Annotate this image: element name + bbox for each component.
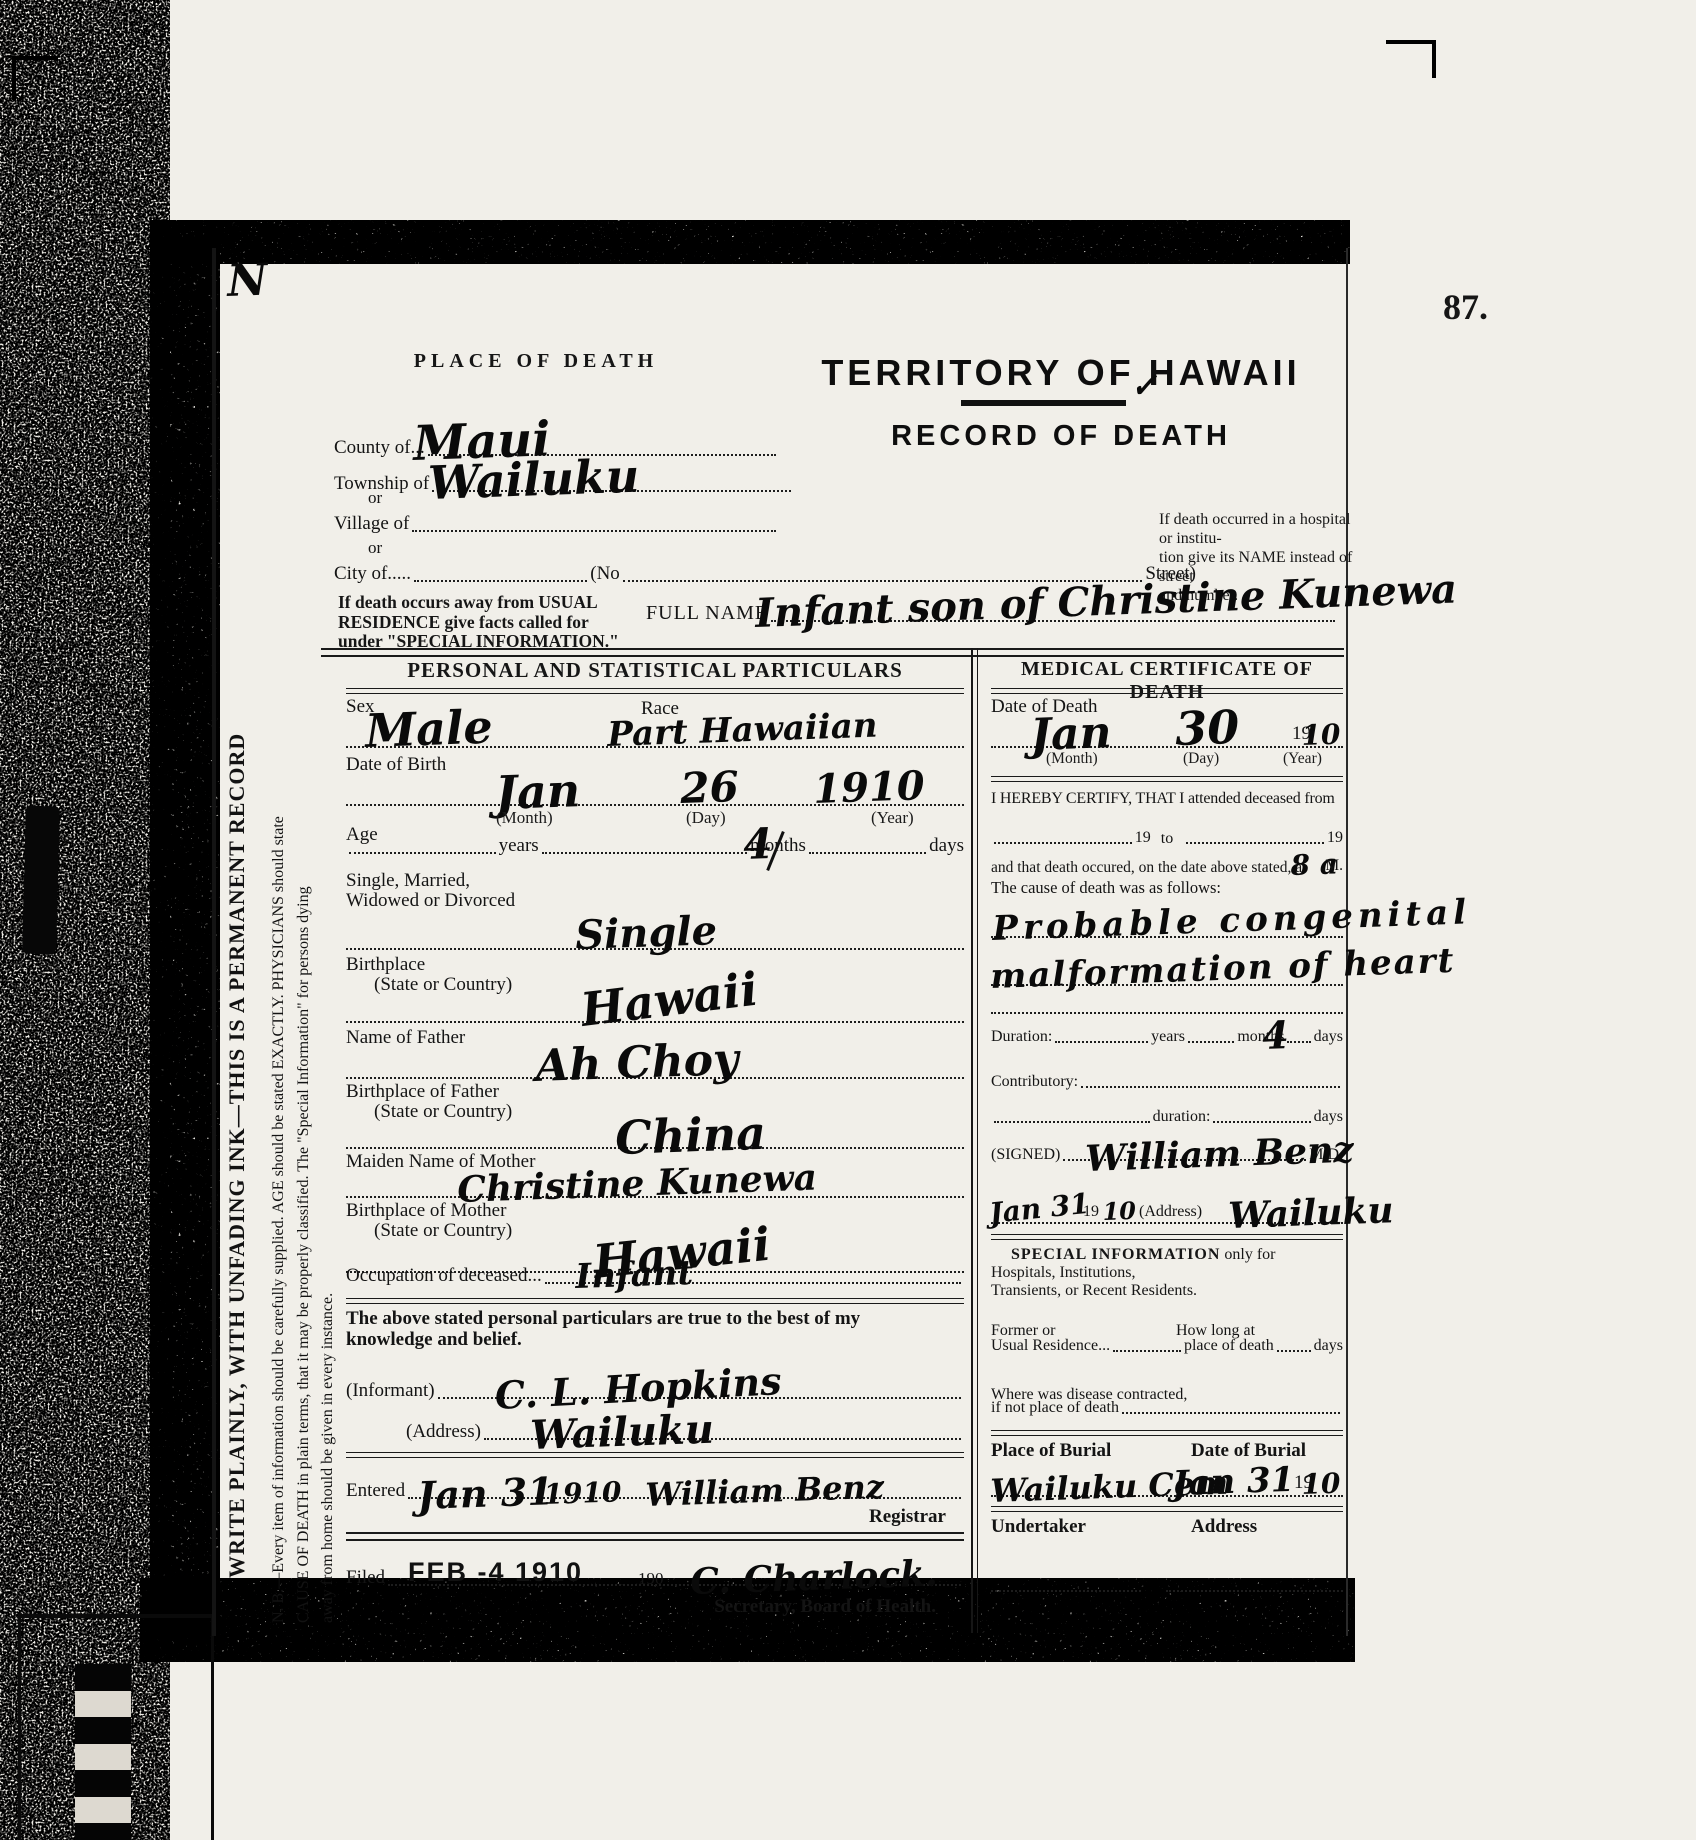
where-contracted-line2: if not place of death	[991, 1399, 1119, 1417]
attended-from-to-field: 19 to 19	[991, 826, 1343, 848]
secretary-label: Secretary, Board of Health.	[346, 1596, 936, 1618]
entered-field: Entered Jan 31 1910 William Benz	[346, 1458, 964, 1503]
mother-birthplace-sublabel: (State or Country)	[374, 1220, 512, 1242]
sex-value-handwritten: Male	[364, 704, 493, 754]
from-dotted	[994, 842, 1132, 844]
column-divider	[971, 648, 978, 1633]
race-value-handwritten: Part Hawaiian	[607, 709, 878, 752]
occurred-text: and that death occured, on the date abov…	[991, 859, 1306, 877]
burial-year-handwritten: 10	[1301, 1470, 1341, 1499]
attestation-line1: The above stated personal particulars ar…	[346, 1308, 860, 1330]
duration-dotted-3	[1287, 1041, 1310, 1043]
handwritten-check-mark-n: N	[226, 259, 268, 304]
occupation-value-handwritten: Infant	[575, 1256, 694, 1294]
where-contracted-field: if not place of death	[991, 1396, 1343, 1418]
age-years-word: years	[499, 835, 539, 857]
cause-empty-dotted	[991, 988, 1343, 1014]
marital-label-line1: Single, Married,	[346, 870, 470, 892]
burial-values-field: Wailuku Cem Jan 31 19 10	[991, 1448, 1343, 1497]
age-dotted-2	[542, 852, 747, 854]
to-word: to	[1161, 830, 1173, 848]
day-sublabel: (Day)	[686, 808, 726, 828]
city-dotted-line-1	[414, 580, 587, 582]
signed-field: (SIGNED) M.D. William Benz	[991, 1115, 1343, 1165]
usual-note-line1: If death occurs away from USUAL	[338, 593, 658, 613]
father-name-field: Name of Father Ah Choy	[346, 1027, 964, 1079]
dod-year-sublabel: (Year)	[1283, 750, 1322, 768]
territory-title: TERRITORY OF HAWAII	[776, 352, 1346, 394]
occupation-field: Occupation of deceased... Infant	[346, 1264, 964, 1288]
signed-address-value-handwritten: Wailuku	[1228, 1192, 1394, 1234]
contributory-dotted	[1081, 1086, 1340, 1088]
dob-day-handwritten: 26	[680, 766, 740, 810]
death-occurred-line: and that death occured, on the date abov…	[991, 852, 1343, 878]
undertaker-label: Undertaker	[991, 1516, 1086, 1538]
cause-value-line1-handwritten: Probable congenital	[992, 895, 1472, 946]
personal-title-rule	[346, 688, 964, 694]
filed-rule	[346, 1532, 964, 1541]
registrar-signature-handwritten: William Benz	[645, 1471, 885, 1511]
undertaker-dotted-1	[991, 1568, 1141, 1592]
birthplace-field: Birthplace (State or Country) Hawaii	[346, 954, 964, 1023]
signed-year-printed: 19	[1083, 1203, 1099, 1221]
informant-address-label: (Address)	[406, 1421, 481, 1443]
special-info-line1: SPECIAL INFORMATION only for Hospitals, …	[991, 1246, 1343, 1282]
margin-note-line1: N. B.—Every item of information should b…	[270, 338, 288, 1623]
from-year-printed: 19	[1135, 829, 1151, 847]
duration-dotted-2	[1188, 1041, 1234, 1043]
father-birthplace-field: Birthplace of Father (State or Country) …	[346, 1081, 964, 1149]
film-density-strip	[75, 1664, 131, 1840]
special-info-rule	[991, 1234, 1343, 1240]
pen-check-mark: ✓	[1130, 369, 1158, 402]
dod-day-handwritten: 30	[1174, 704, 1240, 752]
place-of-death-words: place of death	[1184, 1337, 1274, 1355]
film-edge-box	[18, 1614, 214, 1840]
contributory-label: Contributory:	[991, 1073, 1078, 1091]
year-sublabel: (Year)	[871, 808, 914, 828]
usual-residence-field: Usual Residence... place of death days	[991, 1334, 1343, 1356]
page-number: 87.	[1443, 286, 1488, 328]
duration-days-value-handwritten: 4	[1262, 1016, 1290, 1055]
secretary-signature-handwritten: C. Charlock.	[690, 1555, 938, 1600]
marital-label-line2: Widowed or Divorced	[346, 890, 515, 912]
filed-date-stamp: FEB -4 1910	[408, 1557, 583, 1588]
informant-label: (Informant)	[346, 1380, 435, 1402]
birthplace-label: Birthplace	[346, 954, 425, 976]
township-field: Township of Wailuku	[334, 444, 794, 496]
marital-status-field: Single, Married, Widowed or Divorced Sin…	[346, 870, 964, 950]
usual-residence-dotted	[1113, 1350, 1181, 1352]
father-birthplace-label: Birthplace of Father	[346, 1081, 499, 1103]
special-info-heading: SPECIAL INFORMATION only for Hospitals, …	[991, 1246, 1343, 1300]
father-name-label: Name of Father	[346, 1027, 465, 1049]
cause-value-line2-handwritten: malformation of heart	[990, 944, 1456, 994]
dod-year-handwritten: 10	[1301, 721, 1341, 750]
mother-birthplace-label: Birthplace of Mother	[346, 1200, 506, 1222]
birthplace-sublabel: (State or Country)	[374, 974, 512, 996]
undertaker-address-label: Address	[1191, 1516, 1257, 1538]
hospital-note-line1: If death occurred in a hospital or insti…	[1159, 510, 1353, 548]
undertaker-rule	[991, 1506, 1343, 1512]
usual-note-line2: RESIDENCE give facts called for	[338, 613, 658, 633]
filed-field: Filed FEB -4 1910 190 C. Charlock.	[346, 1546, 964, 1590]
date-of-birth-label: Date of Birth	[346, 754, 446, 776]
duration-label: Duration:	[991, 1028, 1052, 1046]
duration-years-word: years	[1151, 1028, 1185, 1046]
burial-rule	[991, 1430, 1343, 1436]
attestation-line2: knowledge and belief.	[346, 1329, 522, 1351]
attestation-rule	[346, 1298, 964, 1304]
township-value-handwritten: Wailuku	[427, 453, 640, 506]
usual-residence-label: Usual Residence...	[991, 1337, 1110, 1355]
where-contracted-dotted	[1122, 1412, 1340, 1414]
certify-rule	[991, 776, 1343, 782]
filed-year-prefix: 190	[638, 1569, 664, 1589]
sex-race-field: Sex Race Male Part Hawaiian	[346, 696, 964, 748]
or-label-1: or	[368, 488, 382, 508]
occurred-meridiem: .M.	[1321, 857, 1343, 875]
corner-mark-top-left	[12, 56, 58, 100]
how-long-days-word: days	[1314, 1337, 1343, 1355]
city-label: City of.....	[334, 563, 411, 585]
duration-dotted-1	[1055, 1041, 1148, 1043]
full-name-field: FULL NAME Infant son of Christine Kunewa	[646, 576, 1338, 626]
how-long-dotted	[1277, 1350, 1311, 1352]
age-field: years months days 4	[346, 826, 964, 858]
signed-date-address-field: Jan 31 19 10 (Address) Wailuku	[991, 1176, 1343, 1224]
to-dotted	[1186, 842, 1324, 844]
dod-month-sublabel: (Month)	[1046, 750, 1098, 768]
cause-line1: Probable congenital	[991, 892, 1343, 938]
date-of-birth-field: Date of Birth Jan 26 1910	[346, 754, 964, 806]
place-of-death-title: PLACE OF DEATH	[336, 350, 736, 373]
village-field: Village of	[334, 512, 779, 536]
occupation-label: Occupation of deceased...	[346, 1265, 542, 1287]
burial-date-value-handwritten: Jan 31	[1172, 1463, 1295, 1501]
to-year-printed: 19	[1327, 829, 1343, 847]
marital-value-handwritten: Single	[575, 911, 718, 956]
contributory-field: Contributory:	[991, 1068, 1343, 1092]
city-no-label: (No	[590, 563, 620, 585]
full-name-label: FULL NAME	[646, 602, 768, 625]
certificate-body: WRITE PLAINLY, WITH UNFADING INK—THIS IS…	[212, 248, 1348, 1636]
registrar-label: Registrar	[346, 1506, 946, 1528]
full-name-value-handwritten: Infant son of Christine Kunewa	[755, 570, 1458, 634]
village-label: Village of	[334, 513, 409, 535]
age-dotted-1	[349, 852, 496, 854]
record-of-death-title: RECORD OF DEATH	[776, 420, 1346, 453]
header-divider-rule	[321, 648, 1344, 657]
cause-line2: malformation of heart	[991, 942, 1343, 986]
informant-address-field: (Address) Wailuku	[346, 1406, 964, 1444]
signed-date-handwritten: Jan 31	[988, 1190, 1091, 1228]
special-info-bold: SPECIAL INFORMATION	[1011, 1246, 1220, 1263]
signed-year-handwritten: 10	[1102, 1199, 1136, 1224]
undertaker-dotted-2	[1166, 1568, 1343, 1592]
margin-note-line2: CAUSE OF DEATH in plain terms, that it m…	[295, 338, 313, 1623]
signed-label: (SIGNED)	[991, 1146, 1060, 1164]
age-days-word: days	[929, 835, 964, 857]
village-dotted-line	[412, 530, 776, 532]
month-sublabel: (Month)	[496, 808, 553, 828]
entered-year-handwritten: 1910	[543, 1478, 622, 1509]
duration-field: Duration: years months days 4	[991, 1023, 1343, 1047]
left-edge-noise-band	[150, 240, 220, 1635]
margin-instruction-write-plainly: WRITE PLAINLY, WITH UNFADING INK—THIS IS…	[224, 478, 250, 1578]
physician-signature-handwritten: William Benz	[1085, 1132, 1354, 1177]
informant-field: (Informant) C. L. Hopkins	[346, 1353, 964, 1403]
corner-mark-top-right	[1386, 40, 1436, 78]
binding-ink-blob	[22, 806, 60, 955]
informant-address-value-handwritten: Wailuku	[530, 1410, 715, 1456]
dob-year-handwritten: 1910	[813, 766, 926, 810]
age-dotted-3	[809, 852, 926, 854]
usual-residence-note: If death occurs away from USUAL RESIDENC…	[338, 593, 658, 652]
mother-name-field: Maiden Name of Mother Christine Kunewa	[346, 1151, 964, 1198]
filed-label: Filed	[346, 1567, 385, 1589]
certify-line: I HEREBY CERTIFY, THAT I attended deceas…	[991, 790, 1335, 808]
scanned-death-certificate-page: 87. WRITE PLAINLY, WITH UNFADING INK—THI…	[0, 0, 1696, 1840]
special-info-line2: Transients, or Recent Residents.	[991, 1282, 1343, 1300]
duration-days-word: days	[1314, 1028, 1343, 1046]
dod-day-sublabel: (Day)	[1183, 750, 1219, 768]
medical-title-rule	[991, 688, 1343, 694]
father-birthplace-sublabel: (State or Country)	[374, 1101, 512, 1123]
signed-address-label: (Address)	[1139, 1203, 1202, 1221]
title-rule	[961, 400, 1126, 406]
birthplace-value-handwritten: Hawaii	[578, 966, 760, 1033]
personal-section-title: PERSONAL AND STATISTICAL PARTICULARS	[346, 658, 964, 683]
date-of-death-field: Date of Death Jan 30 19 10	[991, 696, 1343, 748]
age-days-value-handwritten: 4	[743, 823, 774, 866]
entered-label: Entered	[346, 1480, 405, 1502]
or-label-2: or	[368, 538, 382, 558]
